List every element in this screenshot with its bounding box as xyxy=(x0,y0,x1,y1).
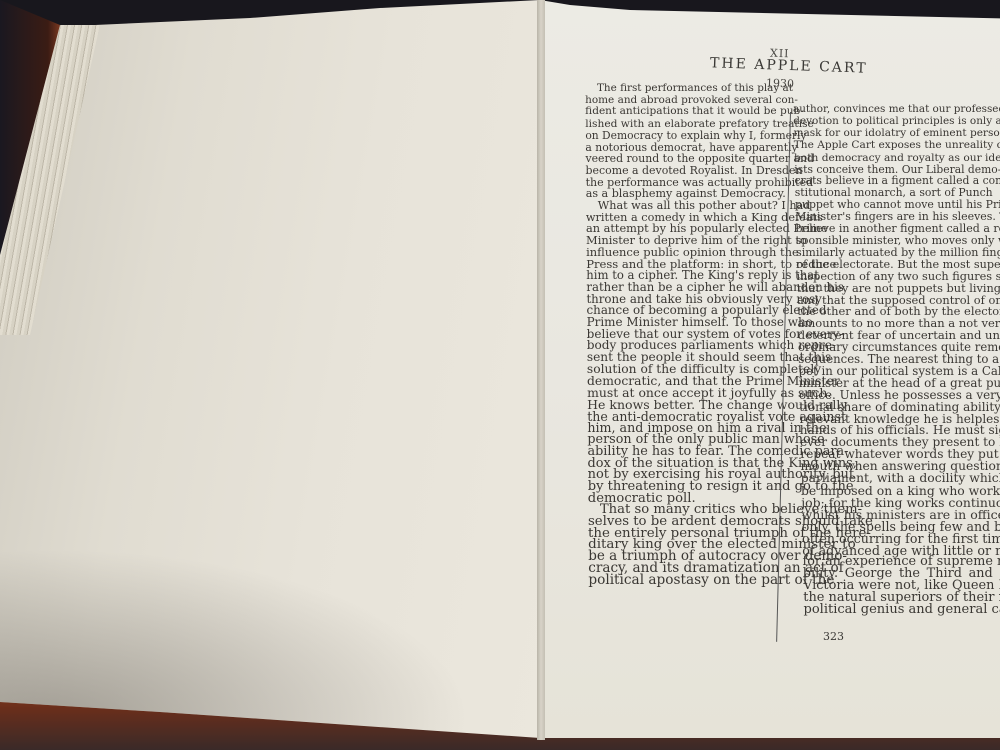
text-line: What was all this pother about? I had xyxy=(586,200,786,212)
text-line: of the electorate. But the most superfic… xyxy=(796,259,986,271)
text-line: The Apple Cart exposes the unreality of xyxy=(794,140,984,152)
left-page-shadow xyxy=(0,520,540,740)
text-line: similarly actuated by the million finger… xyxy=(796,247,986,259)
text-line: both democracy and royalty as our ideal- xyxy=(794,152,984,164)
text-column-right: author, convinces me that our professedd… xyxy=(793,104,1000,616)
text-line: on Democracy to explain why I, formerly xyxy=(585,130,785,142)
text-line: mask for our idolatry of eminent persons… xyxy=(794,128,984,140)
text-column-left: The first performances of this play atho… xyxy=(585,83,785,586)
text-line: The first performances of this play at xyxy=(585,83,785,95)
text-line: political genius and general cap xyxy=(804,604,994,616)
book-gutter xyxy=(537,0,545,740)
page-number: 323 xyxy=(823,630,844,643)
text-line: political apostasy on the part of the xyxy=(588,575,788,587)
text-line: become a devoted Royalist. In Dresden xyxy=(586,165,786,177)
